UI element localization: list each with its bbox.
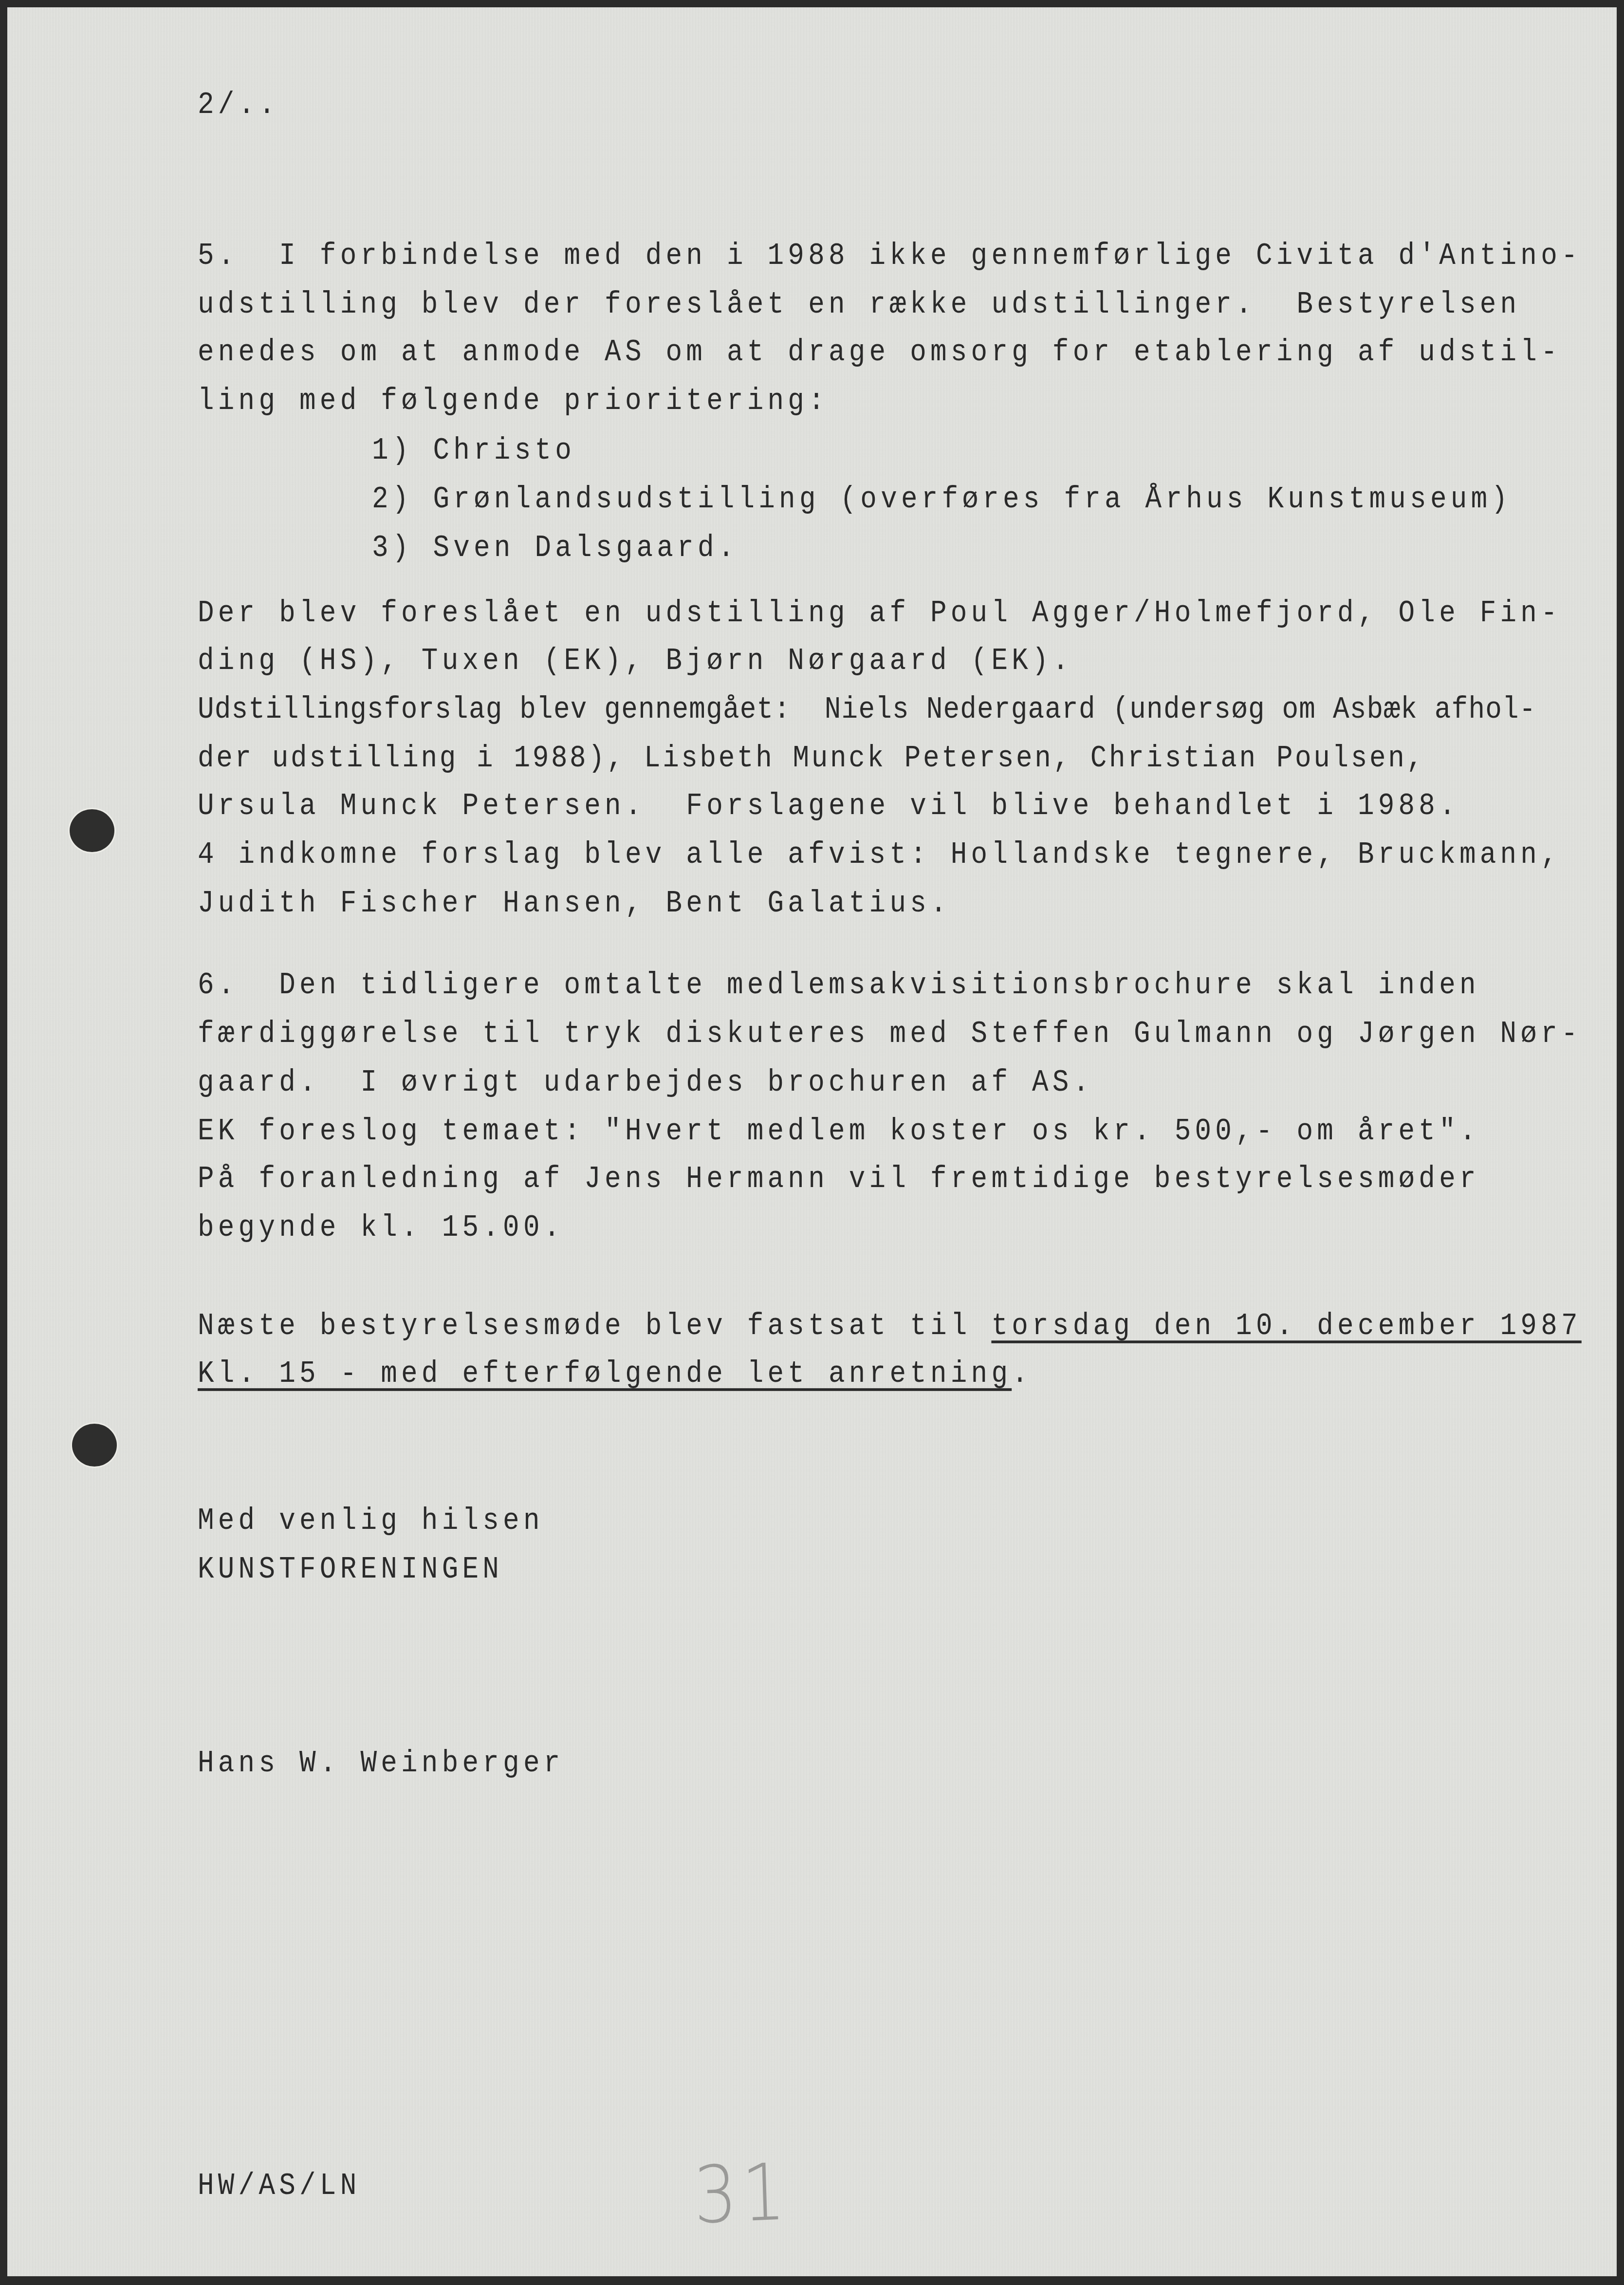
- next-meeting-prefix: Næste bestyrelsesmøde blev fastsat til: [198, 1308, 991, 1343]
- priority-item-2: 2) Grønlandsudstilling (overføres fra År…: [372, 481, 1512, 517]
- priority-item-1: 1) Christo: [372, 432, 575, 468]
- section5-para2-line-5: Ursula Munck Petersen. Forslagene vil bl…: [198, 788, 1459, 824]
- section5-line-1: 5. I forbindelse med den i 1988 ikke gen…: [198, 238, 1582, 274]
- section5-line-2: udstilling blev der foreslået en række u…: [198, 286, 1520, 322]
- punch-hole-lower: [72, 1424, 117, 1467]
- section5-para2-line-6: 4 indkomne forslag blev alle afvist: Hol…: [198, 836, 1561, 873]
- next-meeting-date: torsdag den 10. december 1987: [991, 1308, 1581, 1343]
- section6-line-1: 6. Den tidligere omtalte medlemsakvisiti…: [198, 967, 1480, 1003]
- priority-item-3: 3) Sven Dalsgaard.: [372, 530, 738, 566]
- section6-line-2: færdiggørelse til tryk diskuteres med St…: [198, 1016, 1582, 1052]
- page-marker: 2/..: [198, 87, 279, 123]
- closing-organization: KUNSTFORENINGEN: [198, 1551, 503, 1587]
- section5-para2-line-7: Judith Fischer Hansen, Bent Galatius.: [198, 885, 951, 921]
- reference-initials: HW/AS/LN: [198, 2168, 360, 2204]
- section5-line-3: enedes om at anmode AS om at drage omsor…: [198, 334, 1561, 370]
- section6-line-3: gaard. I øvrigt udarbejdes brochuren af …: [198, 1064, 1093, 1100]
- next-meeting-time: Kl. 15 - med efterfølgende let anretning: [198, 1356, 1012, 1391]
- section5-line-4: ling med følgende prioritering:: [198, 383, 829, 419]
- section5-para2-line-3: Udstillingsforslag blev gennemgået: Niel…: [198, 691, 1536, 727]
- section5-para2-line-2: ding (HS), Tuxen (EK), Bjørn Nørgaard (E…: [198, 643, 1073, 679]
- section6-line-4: EK foreslog temaet: "Hvert medlem koster…: [198, 1113, 1480, 1149]
- punch-hole-upper: [70, 809, 114, 852]
- handwritten-page-number: 31: [692, 2147, 792, 2242]
- section5-para2-line-1: Der blev foreslået en udstilling af Poul…: [198, 595, 1561, 631]
- next-meeting-line-2: Kl. 15 - med efterfølgende let anretning…: [198, 1356, 1032, 1392]
- next-meeting-suffix: .: [1012, 1356, 1032, 1391]
- closing-greeting: Med venlig hilsen: [198, 1503, 544, 1539]
- next-meeting-line-1: Næste bestyrelsesmøde blev fastsat til t…: [198, 1308, 1582, 1344]
- section5-para2-line-4: der udstilling i 1988), Lisbeth Munck Pe…: [198, 740, 1425, 776]
- section6-line-5: På foranledning af Jens Hermann vil frem…: [198, 1161, 1480, 1197]
- signatory-name: Hans W. Weinberger: [198, 1745, 564, 1781]
- section6-line-6: begynde kl. 15.00.: [198, 1209, 564, 1245]
